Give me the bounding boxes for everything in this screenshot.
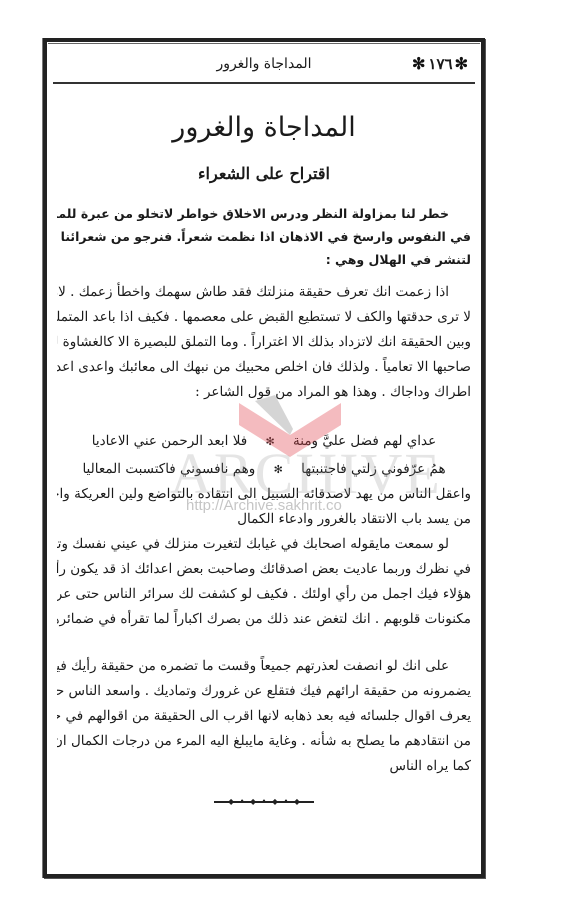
text-line: اطراك وداجاك . وهذا هو المراد من قول الش… bbox=[57, 380, 471, 405]
text-line: كما يراه الناس bbox=[57, 754, 471, 779]
text-line: واعقل الناس من يهد لاصدقائه السبيل الى ا… bbox=[57, 482, 471, 507]
text-line: لتنشر في الهلال وهي : bbox=[57, 248, 471, 271]
ornament-dot-icon: ◆ bbox=[250, 797, 256, 807]
paragraph-3: لو سمعت مايقوله اصحابك في غيابك لتغيرت م… bbox=[57, 532, 471, 632]
ornament-dot-icon: ◆ bbox=[294, 797, 300, 807]
text-line: من يسد باب الانتقاد بالغرور وادعاء الكما… bbox=[57, 507, 471, 532]
verse-line-1: عداي لهم فضل عليَّ ومنة ✻ فلا ابعد الرحم… bbox=[47, 429, 481, 454]
hemistich-separator-icon: ✻ bbox=[266, 429, 275, 454]
text-line: يضمرونه من حقيقة ارائهم فيك فتقلع عن غرو… bbox=[57, 679, 471, 704]
page-frame: ✻ ١٧٦ ✻ المداجاة والغرور المداجاة والغرو… bbox=[43, 38, 485, 878]
running-header: ✻ ١٧٦ ✻ المداجاة والغرور bbox=[53, 48, 475, 84]
verse-first-hemistich: همُ عرّفوني زلتي فاجتنبتها bbox=[301, 461, 445, 477]
end-ornament-icon: ◆ • ◆ • ◆ • ◆ bbox=[214, 797, 314, 807]
intro-paragraph: خطر لنا بمزاولة النظر ودرس الاخلاق خواطر… bbox=[57, 202, 471, 271]
text-line: هؤلاء فيك اجمل من رأي اولئك . فكيف لو كش… bbox=[57, 582, 471, 607]
ornament-dot-icon: ◆ bbox=[228, 797, 234, 807]
text-line: يعرف اقوال جلسائه فيه بعد ذهابه لانها اق… bbox=[57, 704, 471, 729]
article-title: المداجاة والغرور bbox=[47, 112, 481, 143]
text-line: مكنونات قلوبهم . انك لتغض عند ذلك من بصر… bbox=[57, 607, 471, 632]
text-line: في نظرك وربما عاديت بعض اصدقائك وصاحبت ب… bbox=[57, 557, 471, 582]
paragraph-2: واعقل الناس من يهد لاصدقائه السبيل الى ا… bbox=[57, 482, 471, 532]
ornament-dot-icon: ◆ bbox=[272, 797, 278, 807]
ornament-dot-icon: • bbox=[262, 797, 267, 807]
verse-second-hemistich: فلا ابعد الرحمن عني الاعاديا bbox=[92, 433, 247, 449]
text-line: لا ترى حدقتها والكف لا تستطيع القبض على … bbox=[57, 305, 471, 330]
text-line: خطر لنا بمزاولة النظر ودرس الاخلاق خواطر… bbox=[57, 202, 471, 225]
paragraph-4: على انك لو انصفت لعذرتهم جميعاً وقست ما … bbox=[57, 654, 471, 779]
verse-second-hemistich: وهم نافسوني فاكتسبت المعاليا bbox=[82, 461, 255, 477]
ornament-dot-icon: • bbox=[284, 797, 289, 807]
verse-line-2: همُ عرّفوني زلتي فاجتنبتها ✻ وهم نافسوني… bbox=[47, 457, 481, 482]
ornament-dot-icon: • bbox=[240, 797, 245, 807]
text-line: لو سمعت مايقوله اصحابك في غيابك لتغيرت م… bbox=[57, 532, 471, 557]
text-line: وبين الحقيقة انك لاتزداد بذلك الا اغترار… bbox=[57, 330, 471, 355]
hemistich-separator-icon: ✻ bbox=[274, 457, 283, 482]
paragraph-1: اذا زعمت انك تعرف حقيقة منزلتك فقد طاش س… bbox=[57, 280, 471, 405]
text-line: صاحبها الا تعامياً . ولذلك فان اخلص محبي… bbox=[57, 355, 471, 380]
text-line: اذا زعمت انك تعرف حقيقة منزلتك فقد طاش س… bbox=[57, 280, 471, 305]
ornament-dots: ◆ • ◆ • ◆ • ◆ bbox=[228, 797, 300, 807]
text-line: من انتقادهم ما يصلح به شأنه . وغاية مايب… bbox=[57, 729, 471, 754]
verse-first-hemistich: عداي لهم فضل عليَّ ومنة bbox=[293, 433, 436, 449]
text-line: في النفوس وارسخ في الاذهان اذا نظمت شعرا… bbox=[57, 225, 471, 248]
running-title: المداجاة والغرور bbox=[53, 56, 475, 72]
text-line: على انك لو انصفت لعذرتهم جميعاً وقست ما … bbox=[57, 654, 471, 679]
article-subtitle: اقتراح على الشعراء bbox=[47, 164, 481, 183]
